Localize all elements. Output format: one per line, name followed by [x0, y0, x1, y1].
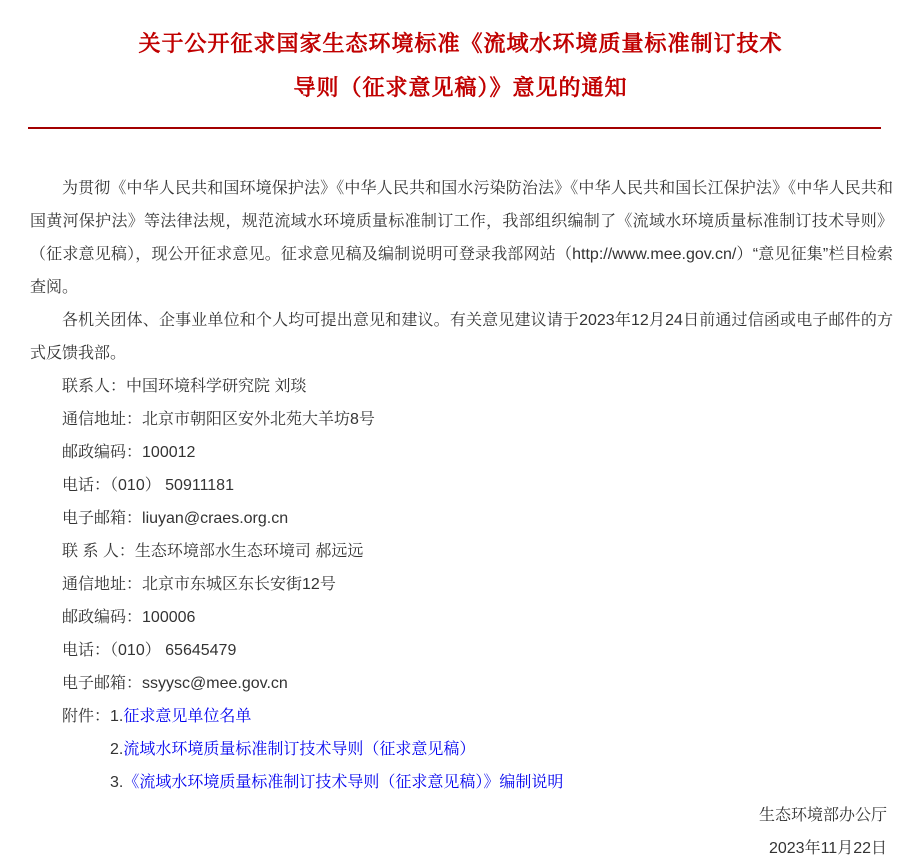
mailing-address-2-label: 通信地址： — [62, 576, 142, 593]
attachment-line-3: 3.《流域水环境质量标准制订技术导则（征求意见稿）》编制说明 — [30, 766, 893, 799]
attachment-3-link[interactable]: 《流域水环境质量标准制订技术导则（征求意见稿）》编制说明 — [123, 774, 563, 791]
email-1-label: 电子邮箱： — [62, 510, 142, 527]
phone-1-value: （010） 50911181 — [110, 477, 234, 494]
signature-date: 2023年11月22日 — [30, 832, 887, 865]
email-2-line: 电子邮箱：ssyysc@mee.gov.cn — [30, 667, 893, 700]
paragraph-feedback-instructions: 各机关团体、企事业单位和个人均可提出意见和建议。有关意见建议请于2023年12月… — [30, 304, 893, 370]
attachment-2-link[interactable]: 流域水环境质量标准制订技术导则（征求意见稿） — [123, 741, 475, 758]
mailing-address-2-value: 北京市东城区东长安街12号 — [142, 576, 336, 593]
mailing-address-1-value: 北京市朝阳区安外北苑大羊坊8号 — [142, 411, 375, 428]
postal-code-1-label: 邮政编码： — [62, 444, 142, 461]
contact-person-2-value: 生态环境部水生态环境司 郝远远 — [135, 543, 363, 560]
contact-person-1-label: 联系人： — [62, 378, 126, 395]
contact-person-1-value: 中国环境科学研究院 刘琰 — [126, 378, 306, 395]
postal-code-1-value: 100012 — [142, 444, 195, 461]
contact-person-2-label: 联 系 人： — [62, 543, 135, 560]
mailing-address-1-line: 通信地址：北京市朝阳区安外北苑大羊坊8号 — [30, 403, 893, 436]
attachment-line-2: 2.流域水环境质量标准制订技术导则（征求意见稿） — [30, 733, 893, 766]
email-2-label: 电子邮箱： — [62, 675, 142, 692]
signature-block: 生态环境部办公厅 2023年11月22日 — [30, 799, 893, 865]
phone-1-label: 电话： — [62, 477, 110, 494]
page-title-line-2: 导则（征求意见稿）》意见的通知 — [50, 66, 871, 110]
phone-2-value: （010） 65645479 — [110, 642, 236, 659]
notice-body: 为贯彻《中华人民共和国环境保护法》《中华人民共和国水污染防治法》《中华人民共和国… — [0, 129, 921, 865]
paragraph-purpose: 为贯彻《中华人民共和国环境保护法》《中华人民共和国水污染防治法》《中华人民共和国… — [30, 172, 893, 304]
mailing-address-1-label: 通信地址： — [62, 411, 142, 428]
phone-2-line: 电话：（010） 65645479 — [30, 634, 893, 667]
attachment-1-link[interactable]: 征求意见单位名单 — [123, 708, 251, 725]
postal-code-2-value: 100006 — [142, 609, 195, 626]
attachment-3-number: 3. — [110, 774, 123, 791]
phone-2-label: 电话： — [62, 642, 110, 659]
mailing-address-2-line: 通信地址：北京市东城区东长安街12号 — [30, 568, 893, 601]
notice-document: 关于公开征求国家生态环境标准《流域水环境质量标准制订技术 导则（征求意见稿）》意… — [0, 0, 921, 865]
attachment-1-number: 1. — [110, 708, 123, 725]
attachment-2-number: 2. — [110, 741, 123, 758]
contact-person-1-line: 联系人：中国环境科学研究院 刘琰 — [30, 370, 893, 403]
attachments-label: 附件： — [62, 708, 110, 725]
phone-1-line: 电话：（010） 50911181 — [30, 469, 893, 502]
email-1-line: 电子邮箱：liuyan@craes.org.cn — [30, 502, 893, 535]
contact-person-2-line: 联 系 人：生态环境部水生态环境司 郝远远 — [30, 535, 893, 568]
page-title-line-1: 关于公开征求国家生态环境标准《流域水环境质量标准制订技术 — [50, 22, 871, 66]
page-title: 关于公开征求国家生态环境标准《流域水环境质量标准制订技术 导则（征求意见稿）》意… — [0, 14, 921, 110]
email-1-value: liuyan@craes.org.cn — [142, 510, 288, 527]
attachment-line-1: 附件：1.征求意见单位名单 — [30, 700, 893, 733]
email-2-value: ssyysc@mee.gov.cn — [142, 675, 288, 692]
postal-code-2-label: 邮政编码： — [62, 609, 142, 626]
postal-code-2-line: 邮政编码：100006 — [30, 601, 893, 634]
postal-code-1-line: 邮政编码：100012 — [30, 436, 893, 469]
signature-department: 生态环境部办公厅 — [30, 799, 887, 832]
